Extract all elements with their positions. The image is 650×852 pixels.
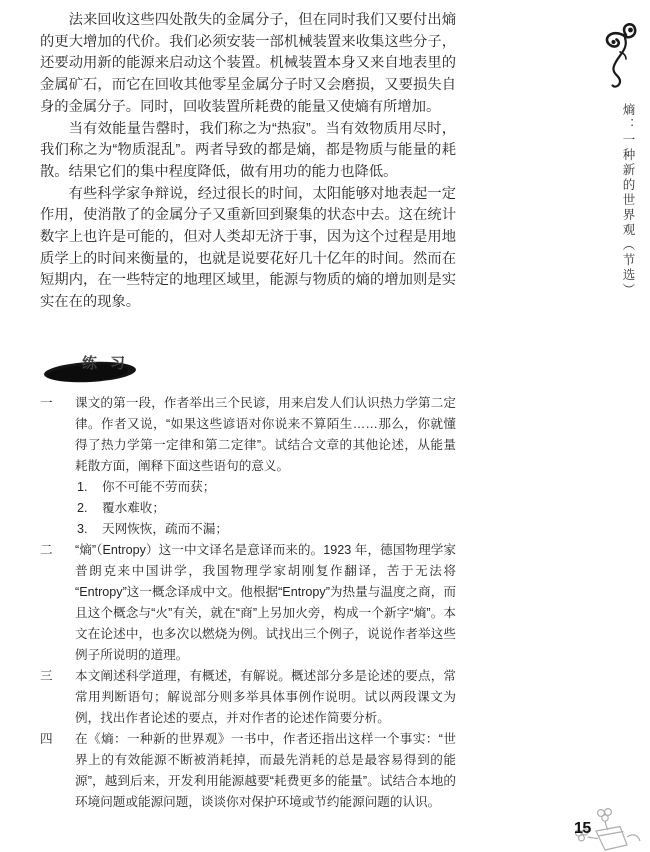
sub-item-text: 天网恢恢，疏而不漏； [102,519,228,540]
exercises-header: 练习 [42,353,146,389]
article-paragraph: 当有效能量告罄时，我们称之为“热寂”。当有效物质用尽时，我们称之为“物质混乱”。… [40,119,456,184]
question-number: 一 [40,393,75,414]
article-body: 法来回收这些四处散失的金属分子，但在同时我们又要付出熵的更大增加的代价。我们必须… [40,10,456,314]
question-body: 在《熵：一种新的世界观》一书中，作者还指出这样一个事实：“世界上的有效能源不断被… [75,729,456,813]
question-number: 二 [40,540,75,561]
question-text: 课文的第一段，作者举出三个民谚，用来启发人们认识热力学第二定律。作者又说，“如果… [75,393,456,477]
sub-item-text: 你不可能不劳而获； [102,477,215,498]
question-item-4: 四 在《熵：一种新的世界观》一书中，作者还指出这样一个事实：“世界上的有效能源不… [40,729,456,813]
article-paragraph: 有些科学家争辩说，经过很长的时间，太阳能够对地表起一定作用，使消散了的金属分子又… [40,184,456,314]
question-text: “熵”（Entropy）这一中文译名是意译而来的。1923 年，德国物理学家普朗… [75,540,456,666]
sub-item-text: 覆水难收； [102,498,165,519]
question-body: 课文的第一段，作者举出三个民谚，用来启发人们认识热力学第二定律。作者又说，“如果… [75,393,456,540]
question-text: 在《熵：一种新的世界观》一书中，作者还指出这样一个事实：“世界上的有效能源不断被… [75,729,456,813]
sub-item: 2. 覆水难收； [77,498,456,519]
question-item-2: 二 “熵”（Entropy）这一中文译名是意译而来的。1923 年，德国物理学家… [40,540,456,666]
exercise-question-list: 一 课文的第一段，作者举出三个民谚，用来启发人们认识热力学第二定律。作者又说，“… [40,393,456,813]
article-paragraph: 法来回收这些四处散失的金属分子，但在同时我们又要付出熵的更大增加的代价。我们必须… [40,10,456,119]
question-item-3: 三 本文阐述科学道理，有概述，有解说。概述部分多是论述的要点，常常用判断语句；解… [40,666,456,729]
sub-item-number: 1. [77,477,102,498]
floral-flourish-icon [600,22,638,90]
page-footer: 15 [560,804,648,852]
chapter-title-vertical: 熵：一种新的世界观（节选） [619,103,637,313]
question-body: “熵”（Entropy）这一中文译名是意译而来的。1923 年，德国物理学家普朗… [75,540,456,666]
textbook-page: 法来回收这些四处散失的金属分子，但在同时我们又要付出熵的更大增加的代价。我们必须… [0,0,650,852]
question-number: 四 [40,729,75,750]
question-sub-list: 1. 你不可能不劳而获； 2. 覆水难收； 3. 天网恢恢，疏而不漏； [77,477,456,540]
sub-item: 1. 你不可能不劳而获； [77,477,456,498]
question-text: 本文阐述科学道理，有概述，有解说。概述部分多是论述的要点，常常用判断语句；解说部… [75,666,456,729]
sub-item-number: 3. [77,519,102,540]
exercises-header-label: 练习 [82,352,138,373]
sub-item: 3. 天网恢恢，疏而不漏； [77,519,456,540]
question-item-1: 一 课文的第一段，作者举出三个民谚，用来启发人们认识热力学第二定律。作者又说，“… [40,393,456,540]
question-number: 三 [40,666,75,687]
question-body: 本文阐述科学道理，有概述，有解说。概述部分多是论述的要点，常常用判断语句；解说部… [75,666,456,729]
sub-item-number: 2. [77,498,102,519]
page-number: 15 [574,820,591,838]
